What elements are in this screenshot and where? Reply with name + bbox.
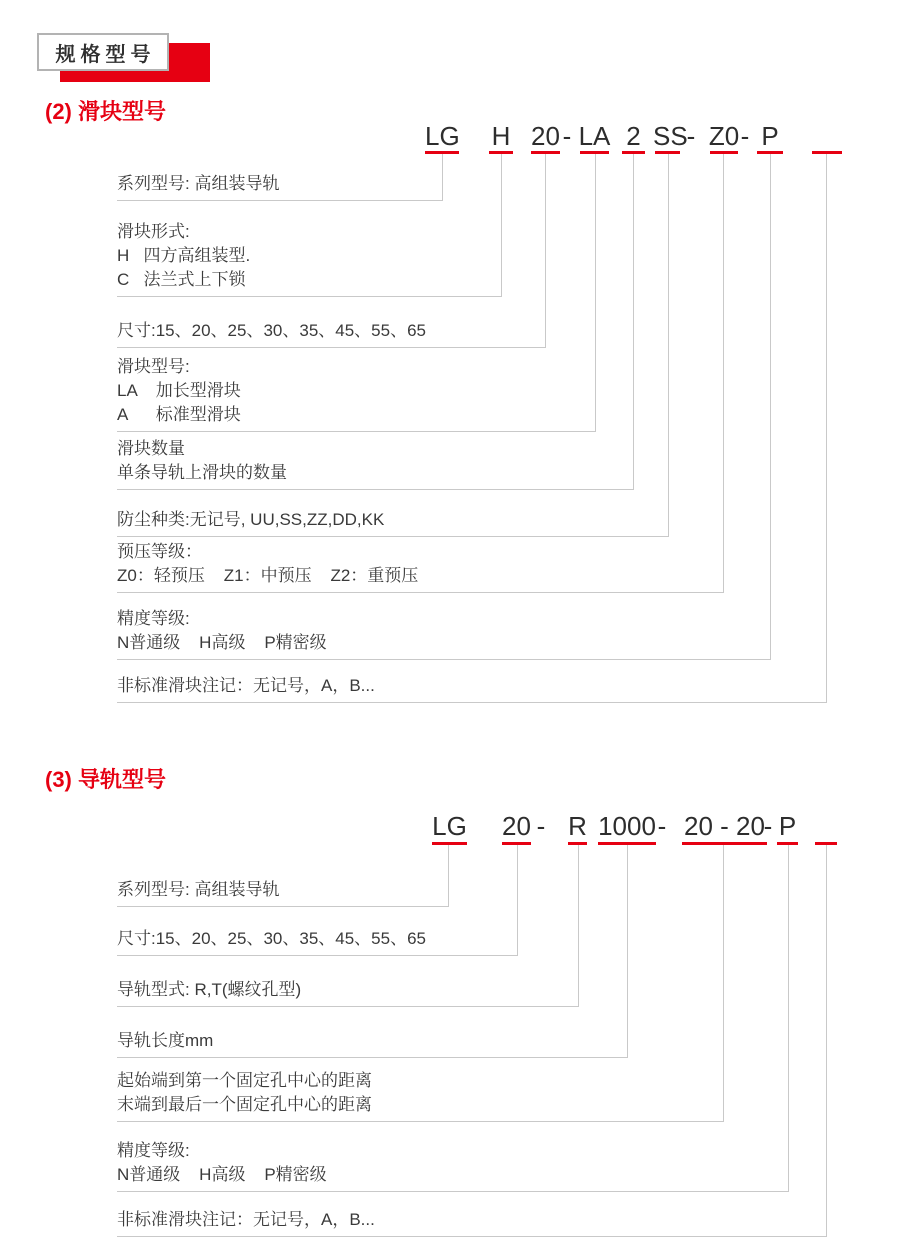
row-text: LA 加长型滑块 <box>117 379 595 403</box>
connector-line <box>545 154 546 348</box>
row-text: N普通级 H高级 P精密级 <box>117 631 770 655</box>
row-text: N普通级 H高级 P精密级 <box>117 1163 788 1187</box>
section3-heading: (3) 导轨型号 <box>45 763 166 794</box>
row-text: 起始端到第一个固定孔中心的距离 <box>117 1069 723 1093</box>
connector-line <box>627 845 628 1058</box>
row-text: 精度等级: <box>117 607 770 631</box>
row-nonstandard-note: 非标准滑块注记：无记号，A，B... <box>117 674 826 703</box>
connector-line <box>770 154 771 660</box>
connector-line <box>442 154 443 201</box>
row-size: 尺寸:15、20、25、30、35、45、55、65 <box>117 319 545 348</box>
code-dash: - <box>736 120 754 152</box>
spec-model-page: 规格型号 (2) 滑块型号 LG H 20 - LA 2 SS - Z0 - P <box>0 0 900 1250</box>
connector-line <box>595 154 596 432</box>
code-underline <box>432 842 467 845</box>
connector-line <box>633 154 634 490</box>
row-text: 末端到最后一个固定孔中心的距离 <box>117 1093 723 1117</box>
connector-line <box>517 845 518 956</box>
code-underline <box>710 151 738 154</box>
row-text: C 法兰式上下锁 <box>117 268 501 292</box>
row-text: 非标准滑块注记：无记号，A，B... <box>117 1208 826 1232</box>
code-token-accuracy: P <box>755 120 785 152</box>
row-text: 导轨长度mm <box>117 1029 627 1053</box>
row-rail-length: 导轨长度mm <box>117 1029 627 1058</box>
code-token-dustproof: SS <box>653 120 682 152</box>
connector-line <box>826 845 827 1237</box>
code-token-count: 2 <box>622 120 645 152</box>
code-token-hole-distances: 20 - 20 <box>682 810 767 842</box>
code-token-length: 1000 <box>598 810 656 842</box>
connector-line <box>578 845 579 1007</box>
code-token-accuracy: P <box>773 810 802 842</box>
code-token-form: H <box>489 120 513 152</box>
row-nonstandard-note: 非标准滑块注记：无记号，A，B... <box>117 1208 826 1237</box>
row-slider-form: 滑块形式: H 四方高组装型. C 法兰式上下锁 <box>117 220 501 297</box>
code-dash: - <box>653 810 671 842</box>
row-text: 预压等级： <box>117 540 723 564</box>
connector-line <box>723 154 724 593</box>
row-text: Z0：轻预压 Z1：中预压 Z2：重预压 <box>117 564 723 588</box>
page-title: 规格型号 <box>51 38 156 67</box>
row-text: A 标准型滑块 <box>117 403 595 427</box>
code-token-rail-type: R <box>564 810 591 842</box>
row-hole-distance: 起始端到第一个固定孔中心的距离 末端到最后一个固定孔中心的距离 <box>117 1069 723 1122</box>
banner-title-box: 规格型号 <box>37 33 169 71</box>
row-rail-type: 导轨型式: R,T(螺纹孔型) <box>117 978 578 1007</box>
row-text: 尺寸:15、20、25、30、35、45、55、65 <box>117 319 545 343</box>
connector-line <box>448 845 449 907</box>
row-text: 系列型号: 高组装导轨 <box>117 172 442 196</box>
row-text: 滑块数量 <box>117 437 633 461</box>
code-token-series: LG <box>432 810 467 842</box>
code-underline <box>682 842 767 845</box>
connector-line <box>826 154 827 703</box>
row-text: 防尘种类:无记号, UU,SS,ZZ,DD,KK <box>117 508 668 532</box>
row-dust-proof: 防尘种类:无记号, UU,SS,ZZ,DD,KK <box>117 508 668 537</box>
row-text: 导轨型式: R,T(螺纹孔型) <box>117 978 578 1002</box>
code-dash: - <box>533 810 549 842</box>
section2-heading: (2) 滑块型号 <box>45 95 166 126</box>
row-text: 滑块形式: <box>117 220 501 244</box>
connector-line <box>668 154 669 537</box>
row-series-model: 系列型号: 高组装导轨 <box>117 878 448 907</box>
row-series-model: 系列型号: 高组装导轨 <box>117 172 442 201</box>
row-preload-grade: 预压等级： Z0：轻预压 Z1：中预压 Z2：重预压 <box>117 540 723 593</box>
row-text: H 四方高组装型. <box>117 244 501 268</box>
connector-line <box>788 845 789 1192</box>
row-text: 精度等级: <box>117 1139 788 1163</box>
row-accuracy-grade: 精度等级: N普通级 H高级 P精密级 <box>117 607 770 660</box>
code-token-size: 20 <box>531 120 560 152</box>
row-text: 滑块型号: <box>117 355 595 379</box>
row-accuracy-grade: 精度等级: N普通级 H高级 P精密级 <box>117 1139 788 1192</box>
row-slider-count: 滑块数量 单条导轨上滑块的数量 <box>117 437 633 490</box>
blank-segment-underline <box>812 151 842 154</box>
row-text: 尺寸:15、20、25、30、35、45、55、65 <box>117 927 517 951</box>
connector-line <box>723 845 724 1122</box>
row-text: 单条导轨上滑块的数量 <box>117 461 633 485</box>
row-text: 系列型号: 高组装导轨 <box>117 878 448 902</box>
row-size: 尺寸:15、20、25、30、35、45、55、65 <box>117 927 517 956</box>
code-token-size: 20 <box>502 810 531 842</box>
code-dash: - <box>558 120 576 152</box>
code-token-slider-type: LA <box>578 120 611 152</box>
row-slider-type: 滑块型号: LA 加长型滑块 A 标准型滑块 <box>117 355 595 432</box>
connector-line <box>501 154 502 297</box>
code-dash: - <box>682 120 700 152</box>
row-text: 非标准滑块注记：无记号，A，B... <box>117 674 826 698</box>
code-token-series: LG <box>425 120 459 152</box>
